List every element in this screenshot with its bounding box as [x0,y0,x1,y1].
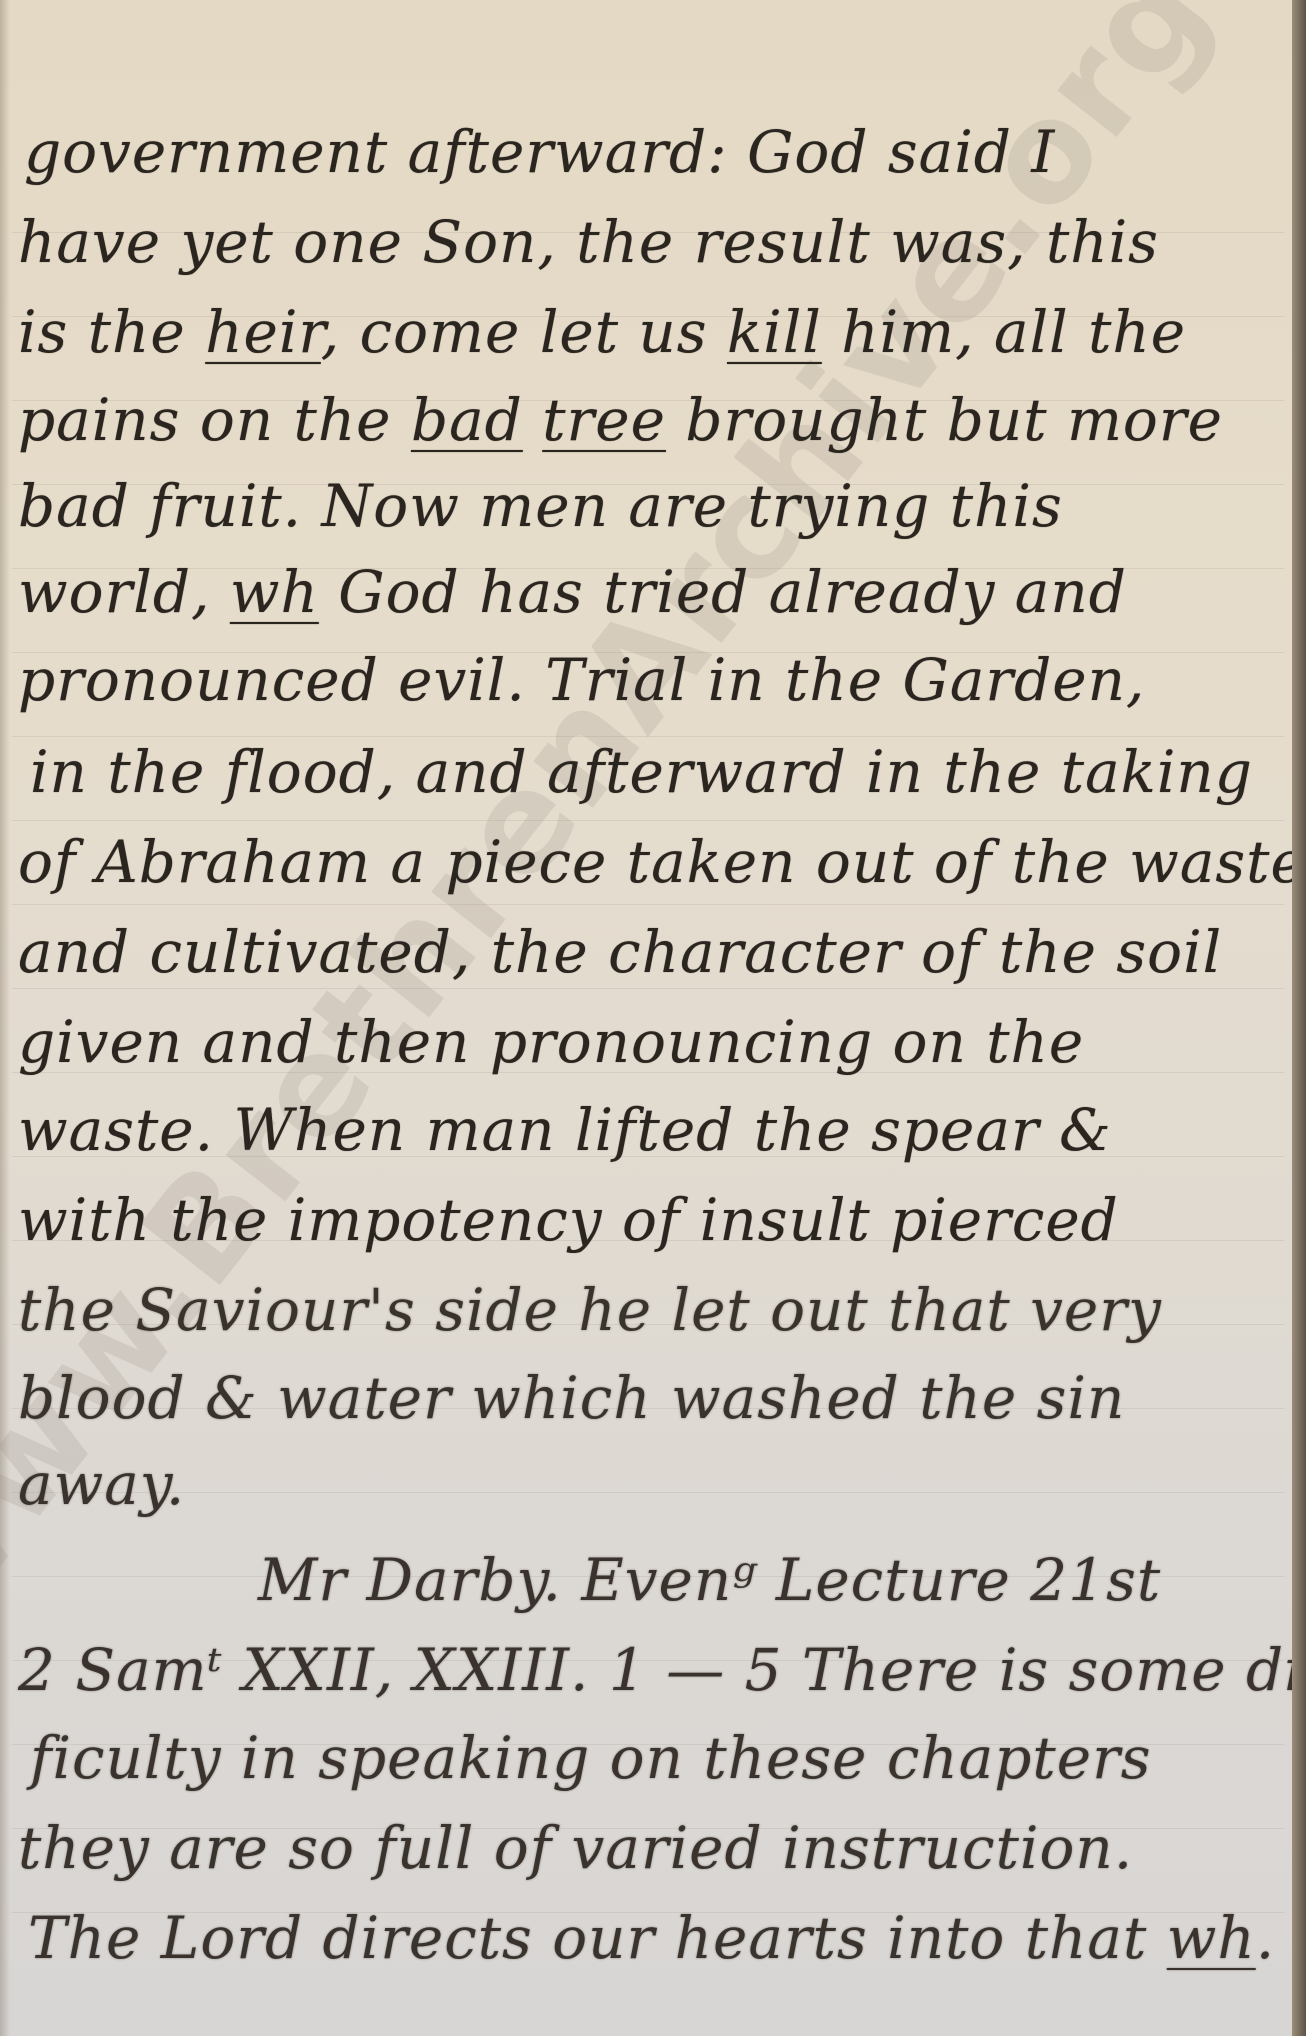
text-line-13: with the impotency of insult pierced [18,1186,1119,1254]
manuscript-page: www.BrethrenArchive.org government after… [0,0,1292,2036]
text-line-6: world, wh God has tried already and [18,558,1127,626]
text-line-19: ficulty in speaking on these chapters [30,1724,1152,1792]
text-line-3: is the heir, come let us kill him, all t… [18,298,1186,366]
text-line-11: given and then pronouncing on the [18,1008,1084,1076]
text-line-18: 2 Samᵗ XXII, XXIII. 1 — 5 There is some … [18,1636,1292,1704]
text-line-7: pronounced evil. Trial in the Garden, [18,646,1145,714]
page-right-edge [1292,0,1306,2036]
text-line-5: bad fruit. Now men are trying this [18,472,1063,540]
underlined-word: wh [1167,1904,1256,1972]
underlined-word: kill [727,298,822,366]
text-line-16: away. [18,1450,185,1518]
text-line-12: waste. When man lifted the spear & [18,1096,1112,1164]
text-line-9: of Abraham a piece taken out of the wast… [18,828,1292,896]
text-line-15: blood & water which washed the sin [18,1364,1125,1432]
text-line-21: The Lord directs our hearts into that wh… [28,1904,1275,1972]
underlined-word: bad [411,386,523,454]
text-line-20: they are so full of varied instruction. [18,1814,1133,1882]
text-line-1: government afterward: God said I [24,118,1055,186]
text-line-2: have yet one Son, the result was, this [18,208,1159,276]
text-line-14: the Saviour's side he let out that very [18,1276,1162,1344]
lecture-heading: Mr Darby. Evenᵍ Lecture 21st [258,1546,1161,1614]
underlined-word: tree [542,386,666,454]
text-line-4: pains on the bad tree brought but more [18,386,1223,454]
text-line-8: in the flood, and afterward in the takin… [30,738,1253,806]
underlined-word: heir [205,298,321,366]
text-line-10: and cultivated, the character of the soi… [18,918,1222,986]
underlined-word: wh [230,558,319,626]
